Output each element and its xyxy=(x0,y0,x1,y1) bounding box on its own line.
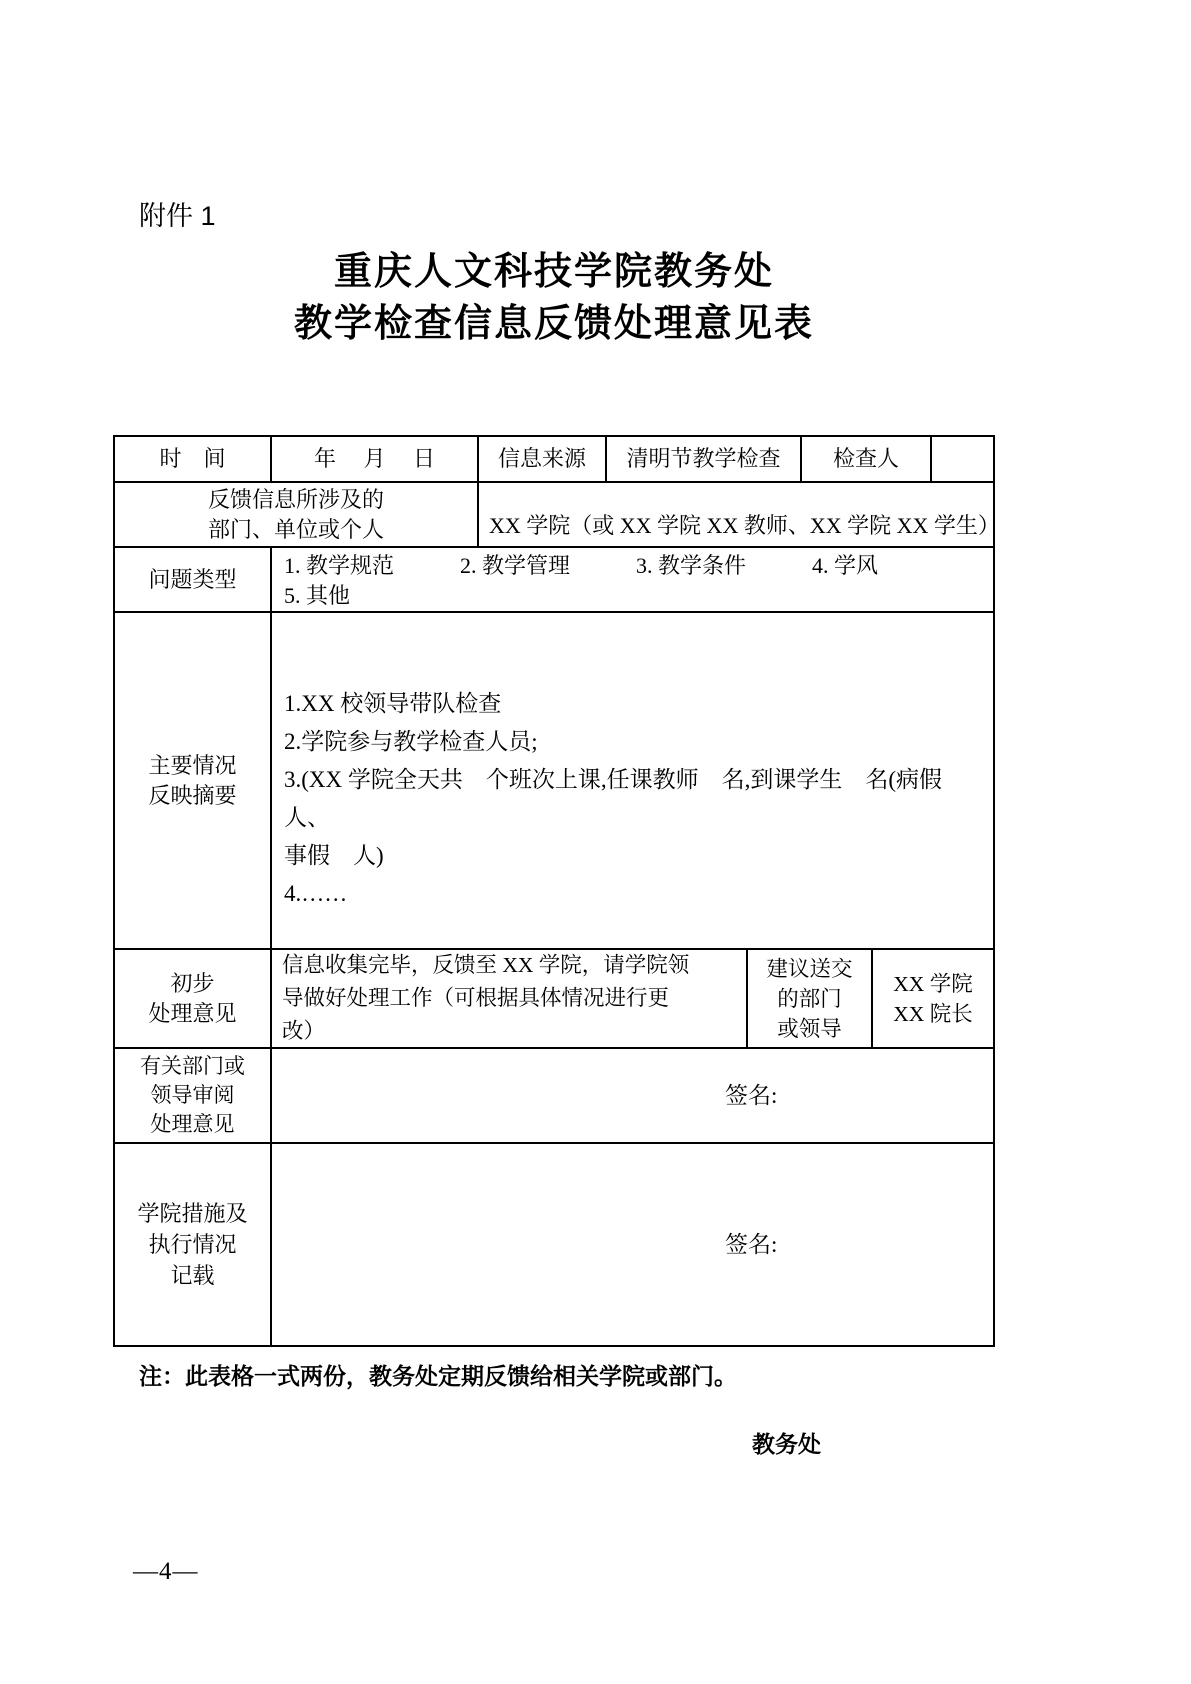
review-opinion-signature-cell: 签名: xyxy=(272,1049,993,1142)
suggest-send-value-cell: XX 学院 XX 院长 xyxy=(873,950,993,1047)
signature-label: 签名: xyxy=(725,1081,777,1111)
attachment-label: 附件 1 xyxy=(139,194,216,233)
table-row-problem-type: 问题类型 1. 教学规范 2. 教学管理 3. 教学条件 4. 学风 5. 其他 xyxy=(115,548,993,613)
problem-type-label-cell: 问题类型 xyxy=(115,548,272,611)
initial-opinion-value-cell: 信息收集完毕，反馈至 XX 学院，请学院领 导做好处理工作（可根据具体情况进行更… xyxy=(272,950,748,1047)
inspector-value-cell xyxy=(932,437,993,481)
page-title-line2: 教学检查信息反馈处理意见表 xyxy=(113,298,995,350)
involved-label-cell: 反馈信息所涉及的 部门、单位或个人 xyxy=(115,483,479,546)
inspector-label-cell: 检查人 xyxy=(802,437,932,481)
suggest-send-label-cell: 建议送交 的部门 或领导 xyxy=(748,950,873,1047)
document-page: 附件 1 重庆人文科技学院教务处 教学检查信息反馈处理意见表 时 间 年 月 日… xyxy=(0,0,1191,1684)
table-row-summary: 主要情况 反映摘要 1.XX 校领导带队检查 2.学院参与教学检查人员; 3.(… xyxy=(115,613,993,950)
table-row-time: 时 间 年 月 日 信息来源 清明节教学检查 检查人 xyxy=(115,437,993,483)
table-row-initial-opinion: 初步 处理意见 信息收集完毕，反馈至 XX 学院，请学院领 导做好处理工作（可根… xyxy=(115,950,993,1049)
signature-label: 签名: xyxy=(725,1230,777,1260)
page-title: 重庆人文科技学院教务处 教学检查信息反馈处理意见表 xyxy=(113,246,995,350)
info-source-value-cell: 清明节教学检查 xyxy=(607,437,802,481)
time-label-cell: 时 间 xyxy=(115,437,272,481)
involved-value-cell: XX 学院（或 XX 学院 XX 教师、XX 学院 XX 学生） xyxy=(479,483,993,546)
summary-value-cell: 1.XX 校领导带队检查 2.学院参与教学检查人员; 3.(XX 学院全天共 个… xyxy=(272,613,993,948)
college-measures-label-cell: 学院措施及 执行情况 记载 xyxy=(115,1144,272,1345)
footnote: 注：此表格一式两份，教务处定期反馈给相关学院或部门。 xyxy=(139,1358,737,1391)
table-row-involved: 反馈信息所涉及的 部门、单位或个人 XX 学院（或 XX 学院 XX 教师、XX… xyxy=(115,483,993,548)
summary-label-cell: 主要情况 反映摘要 xyxy=(115,613,272,948)
initial-opinion-label-cell: 初步 处理意见 xyxy=(115,950,272,1047)
page-number: —4— xyxy=(133,1558,199,1586)
review-opinion-label-cell: 有关部门或 领导审阅 处理意见 xyxy=(115,1049,272,1142)
time-value-cell: 年 月 日 xyxy=(272,437,479,481)
table-row-review-opinion: 有关部门或 领导审阅 处理意见 签名: xyxy=(115,1049,993,1144)
college-measures-signature-cell: 签名: xyxy=(272,1144,993,1345)
page-title-line1: 重庆人文科技学院教务处 xyxy=(113,246,995,298)
table-row-college-measures: 学院措施及 执行情况 记载 签名: xyxy=(115,1144,993,1345)
feedback-form-table: 时 间 年 月 日 信息来源 清明节教学检查 检查人 反馈信息所涉及的 部门、单… xyxy=(113,435,995,1347)
info-source-label-cell: 信息来源 xyxy=(479,437,607,481)
problem-type-value-cell: 1. 教学规范 2. 教学管理 3. 教学条件 4. 学风 5. 其他 xyxy=(272,548,993,611)
issuer-label: 教务处 xyxy=(752,1426,821,1459)
